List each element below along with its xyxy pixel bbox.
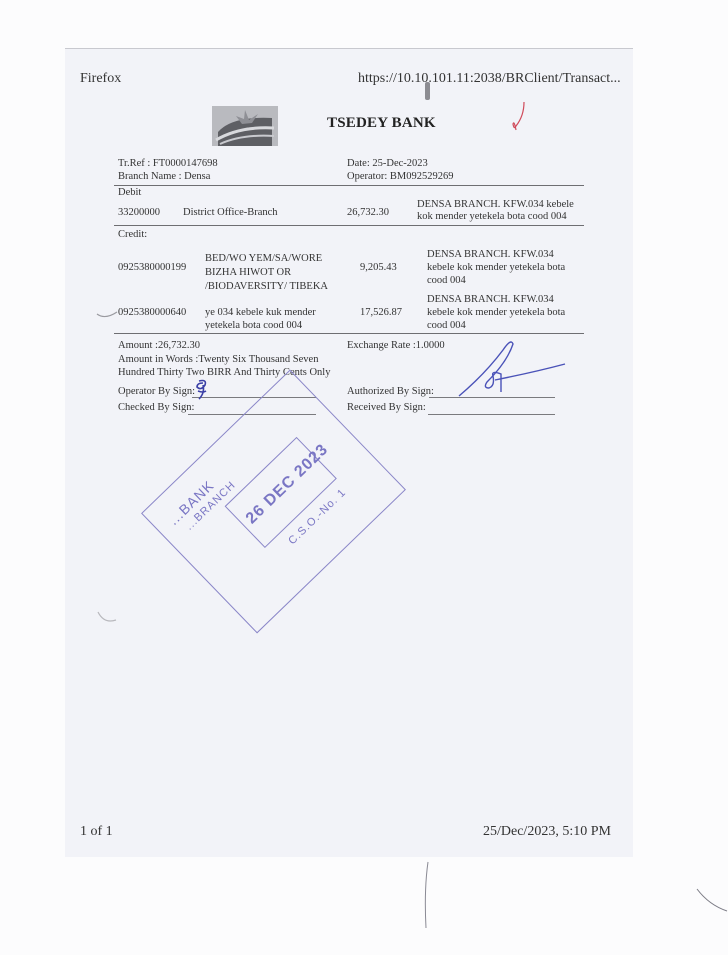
debit-account-name: District Office-Branch: [183, 207, 278, 220]
credit-label: Credit:: [118, 229, 147, 242]
debit-account: 33200000: [118, 207, 160, 220]
credit-account-name-line: BIZHA HIWOT OR: [205, 267, 291, 280]
received-sign-label: Received By Sign:: [347, 402, 426, 415]
divider: [114, 185, 584, 186]
transaction-date: Date: 25-Dec-2023: [347, 158, 428, 171]
total-amount: Amount :26,732.30: [118, 340, 200, 353]
credit-account: 0925380000640: [118, 307, 186, 320]
tsedey-bank-logo-icon: [212, 106, 278, 146]
credit-account-name-line: yetekela bota cood 004: [205, 320, 302, 333]
operator-sign-label: Operator By Sign:: [118, 386, 195, 399]
operator-id: Operator: BM092529269: [347, 171, 453, 184]
debit-narration-line: DENSA BRANCH. KFW.034 kebele: [417, 199, 574, 212]
received-sign-line: [428, 414, 555, 415]
authorized-signature-icon: [455, 336, 570, 400]
punch-hole-mark: [96, 606, 118, 626]
credit-amount: 9,205.43: [360, 262, 397, 275]
debit-narration-line: kok mender yetekela bota cood 004: [417, 211, 567, 224]
amount-in-words-line: Amount in Words :Twenty Six Thousand Sev…: [118, 354, 318, 367]
bank-name: TSEDEY BANK: [327, 115, 436, 132]
transaction-reference: Tr.Ref : FT0000147698: [118, 158, 218, 171]
debit-amount: 26,732.30: [347, 207, 389, 220]
debit-label: Debit: [118, 187, 141, 200]
credit-account-name-line: BED/WO YEM/SA/WORE: [205, 253, 322, 266]
page-count: 1 of 1: [80, 824, 113, 840]
divider: [114, 333, 584, 334]
credit-narration-line: DENSA BRANCH. KFW.034: [427, 294, 554, 307]
credit-narration-line: cood 004: [427, 275, 466, 288]
credit-account: 0925380000199: [118, 262, 186, 275]
credit-amount: 17,526.87: [360, 307, 402, 320]
credit-account-name-line: ye 034 kebele kuk mender: [205, 307, 316, 320]
credit-narration-line: kebele kok mender yetekela bota: [427, 262, 565, 275]
red-check-mark-icon: [510, 100, 530, 136]
stray-pen-stroke: [420, 860, 432, 930]
punch-hole-mark: [95, 302, 119, 322]
credit-account-name-line: /BIODAVERSITY/ TIBEKA: [205, 281, 328, 294]
browser-app-name: Firefox: [80, 71, 121, 87]
stray-pen-stroke: [695, 885, 728, 915]
print-timestamp: 25/Dec/2023, 5:10 PM: [483, 824, 611, 840]
checked-sign-label: Checked By Sign:: [118, 402, 194, 415]
credit-narration-line: kebele kok mender yetekela bota: [427, 307, 565, 320]
branch-name: Branch Name : Densa: [118, 171, 210, 184]
operator-initials-icon: [193, 379, 213, 403]
divider: [114, 225, 584, 226]
credit-narration-line: cood 004: [427, 320, 466, 333]
exchange-rate: Exchange Rate :1.0000: [347, 340, 445, 353]
credit-narration-line: DENSA BRANCH. KFW.034: [427, 249, 554, 262]
page-url: https://10.10.101.11:2038/BRClient/Trans…: [358, 71, 621, 87]
pen-smudge: [425, 82, 430, 100]
stamp-date-box: 26 DEC 2023: [225, 437, 337, 548]
authorized-sign-label: Authorized By Sign:: [347, 386, 434, 399]
